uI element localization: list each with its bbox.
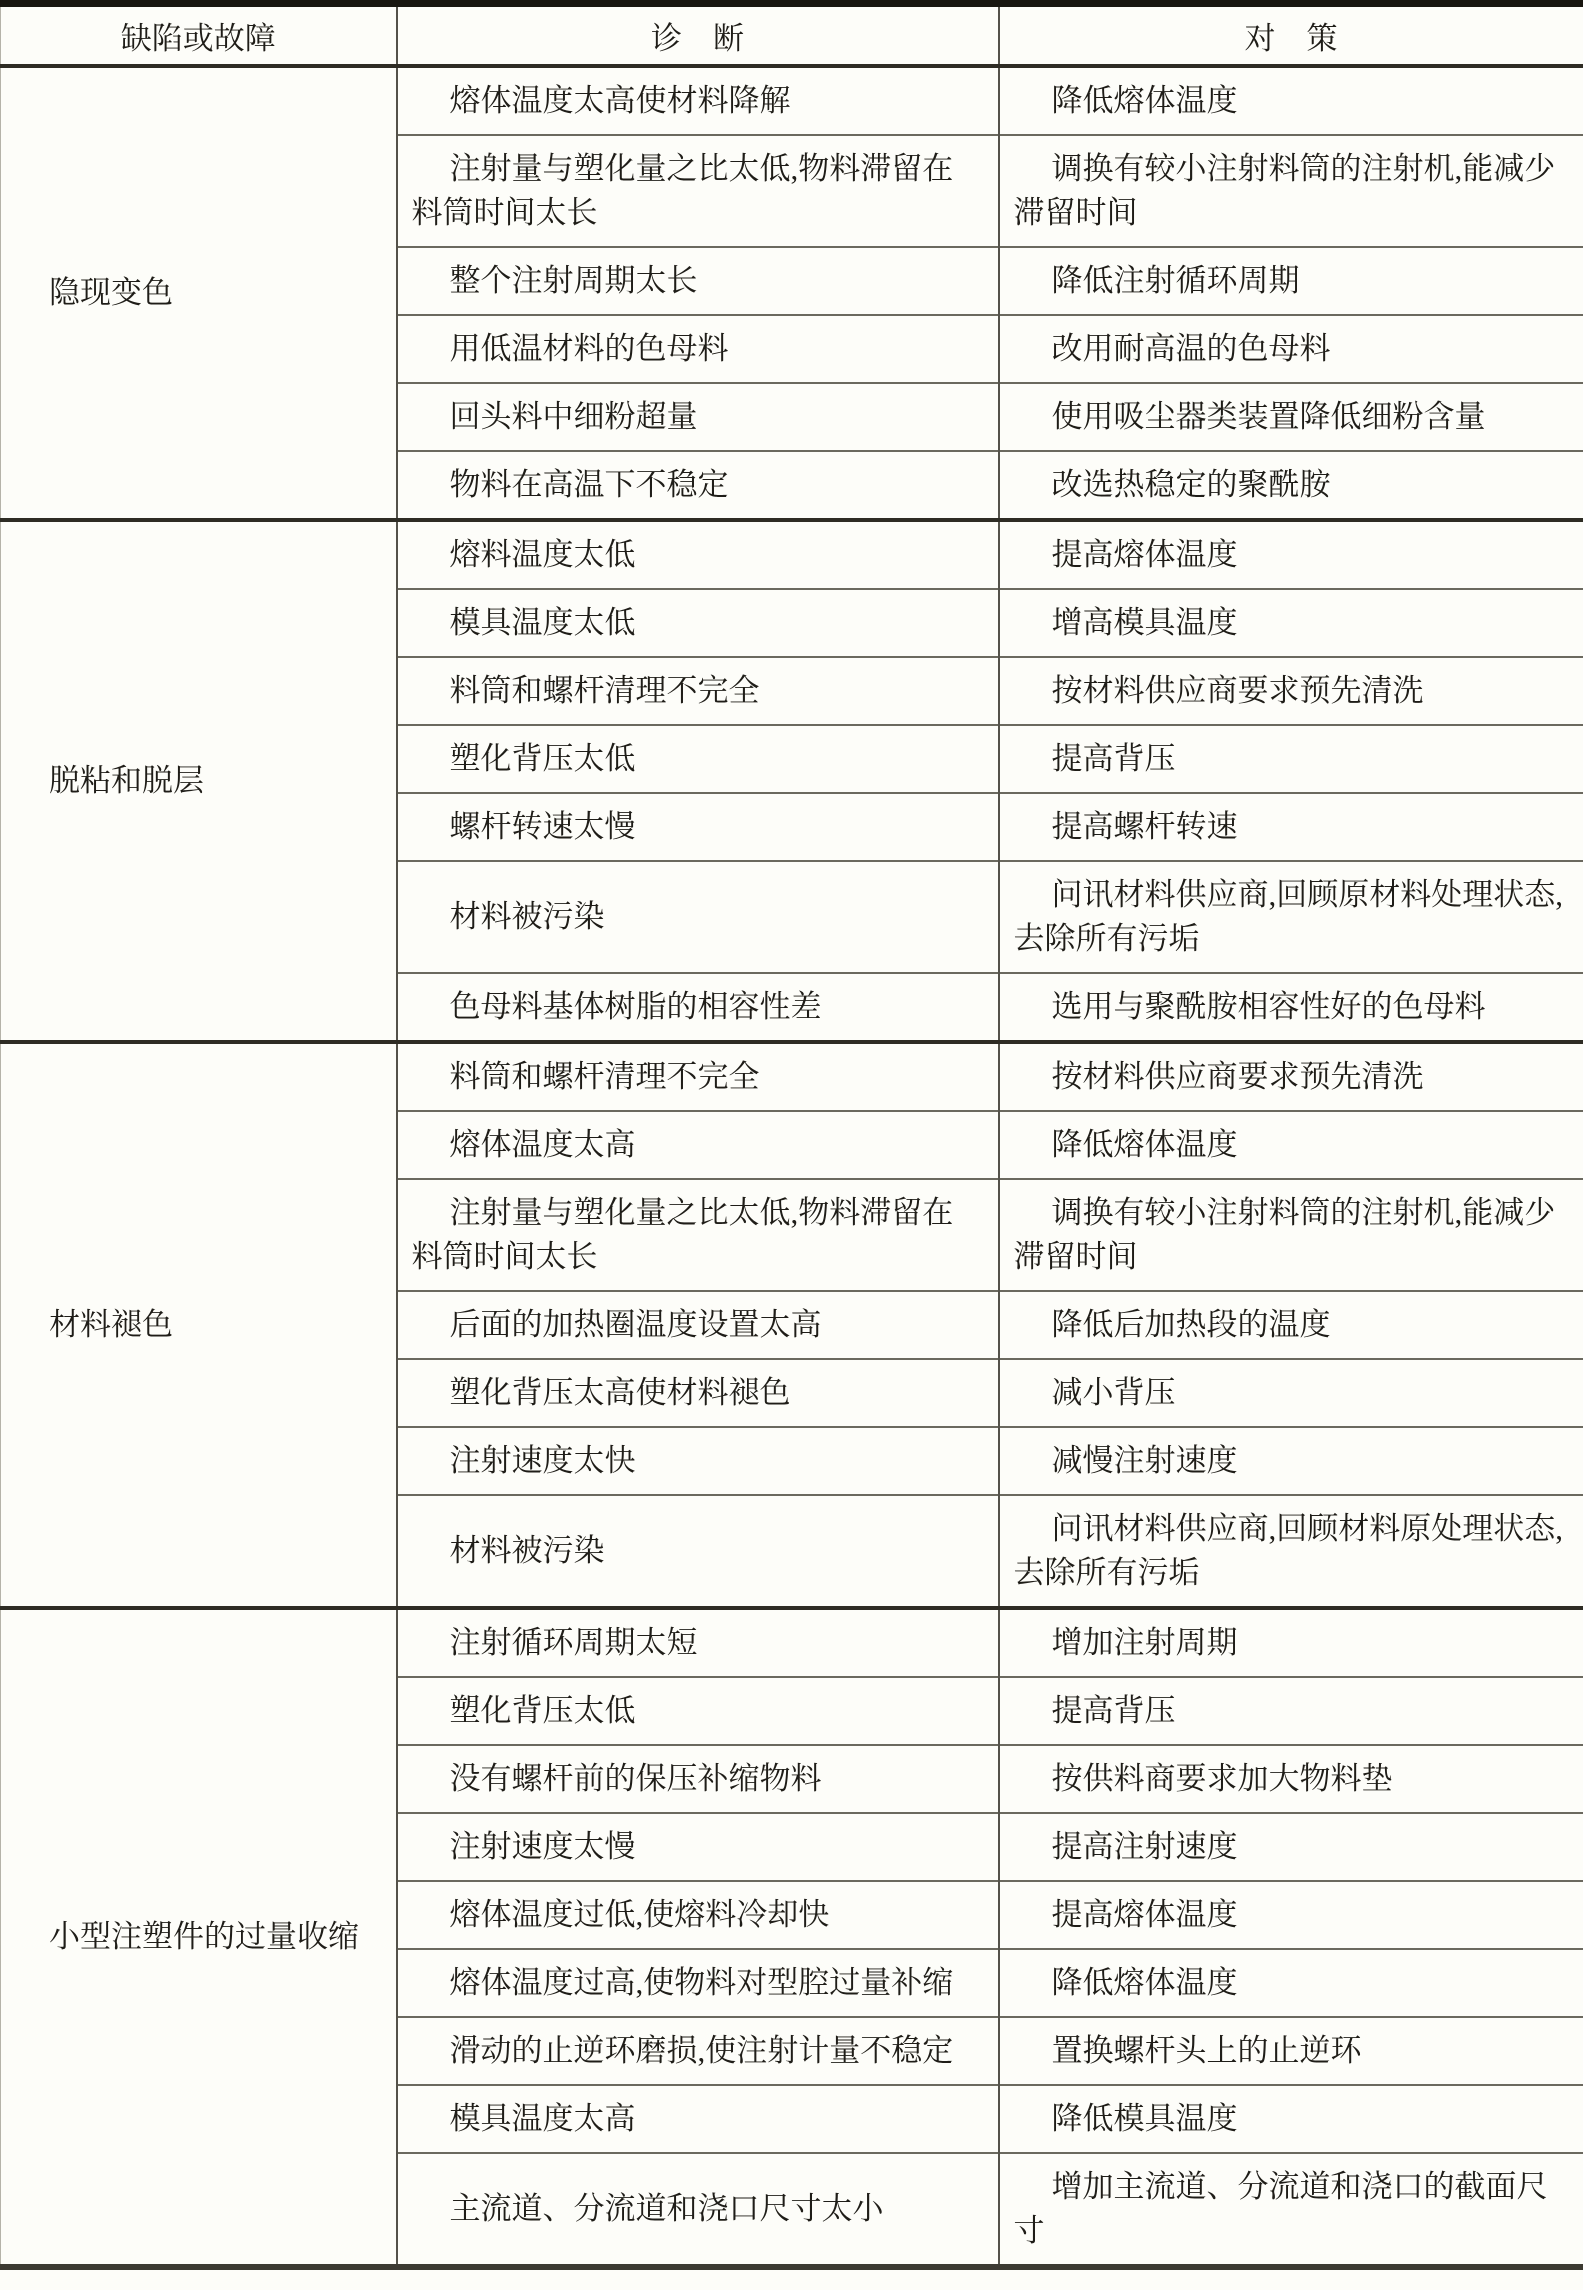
diagnosis-text: 塑化背压太低: [412, 737, 984, 781]
diagnosis-text: 后面的加热圈温度设置太高: [412, 1303, 984, 1347]
diagnosis-cell: 料筒和螺杆清理不完全: [397, 1042, 999, 1111]
diagnosis-cell: 熔体温度太高使材料降解: [397, 66, 999, 135]
diagnosis-text: 模具温度太高: [412, 2097, 984, 2141]
column-header-defect: 缺陷或故障: [1, 4, 397, 67]
diagnosis-cell: 后面的加热圈温度设置太高: [397, 1291, 999, 1359]
diagnosis-cell: 注射速度太慢: [397, 1813, 999, 1881]
solution-cell: 置换螺杆头上的止逆环: [999, 2017, 1583, 2085]
diagnosis-cell: 滑动的止逆环磨损,使注射计量不稳定: [397, 2017, 999, 2085]
solution-cell: 降低注射循环周期: [999, 247, 1583, 315]
solution-cell: 问讯材料供应商,回顾材料原处理状态,去除所有污垢: [999, 1495, 1583, 1608]
solution-cell: 降低后加热段的温度: [999, 1291, 1583, 1359]
diagnosis-text: 材料被污染: [412, 1529, 984, 1573]
diagnosis-text: 用低温材料的色母料: [412, 327, 984, 371]
solution-text: 减小背压: [1014, 1371, 1569, 1415]
diagnosis-cell: 料筒和螺杆清理不完全: [397, 657, 999, 725]
diagnosis-text: 材料被污染: [412, 895, 984, 939]
diagnosis-cell: 用低温材料的色母料: [397, 315, 999, 383]
solution-cell: 改用耐高温的色母料: [999, 315, 1583, 383]
solution-text: 降低熔体温度: [1014, 79, 1569, 123]
solution-text: 选用与聚酰胺相容性好的色母料: [1014, 985, 1569, 1029]
diagnosis-cell: 注射循环周期太短: [397, 1608, 999, 1677]
diagnosis-cell: 模具温度太低: [397, 589, 999, 657]
solution-cell: 提高螺杆转速: [999, 793, 1583, 861]
diagnosis-cell: 材料被污染: [397, 861, 999, 973]
solution-cell: 提高注射速度: [999, 1813, 1583, 1881]
solution-cell: 调换有较小注射料筒的注射机,能减少滞留时间: [999, 135, 1583, 247]
solution-cell: 降低熔体温度: [999, 66, 1583, 135]
diagnosis-text: 螺杆转速太慢: [412, 805, 984, 849]
diagnosis-cell: 没有螺杆前的保压补缩物料: [397, 1745, 999, 1813]
solution-cell: 增加主流道、分流道和浇口的截面尺寸: [999, 2153, 1583, 2267]
solution-cell: 按材料供应商要求预先清洗: [999, 1042, 1583, 1111]
defect-group-cell: 脱粘和脱层: [1, 520, 397, 1042]
diagnosis-text: 滑动的止逆环磨损,使注射计量不稳定: [412, 2029, 984, 2073]
diagnosis-text: 注射循环周期太短: [412, 1621, 984, 1665]
diagnosis-text: 注射速度太快: [412, 1439, 984, 1483]
solution-text: 使用吸尘器类装置降低细粉含量: [1014, 395, 1569, 439]
solution-cell: 降低熔体温度: [999, 1949, 1583, 2017]
solution-text: 置换螺杆头上的止逆环: [1014, 2029, 1569, 2073]
diagnosis-cell: 注射量与塑化量之比太低,物料滞留在料筒时间太长: [397, 1179, 999, 1291]
defect-group-label: 小型注塑件的过量收缩: [49, 1915, 396, 1959]
diagnosis-text: 熔料温度太低: [412, 533, 984, 577]
solution-text: 提高背压: [1014, 737, 1569, 781]
solution-text: 提高背压: [1014, 1689, 1569, 1733]
solution-text: 增高模具温度: [1014, 601, 1569, 645]
diagnosis-cell: 主流道、分流道和浇口尺寸太小: [397, 2153, 999, 2267]
solution-cell: 按材料供应商要求预先清洗: [999, 657, 1583, 725]
diagnosis-cell: 注射量与塑化量之比太低,物料滞留在料筒时间太长: [397, 135, 999, 247]
solution-text: 减慢注射速度: [1014, 1439, 1569, 1483]
diagnosis-cell: 熔料温度太低: [397, 520, 999, 589]
solution-cell: 减慢注射速度: [999, 1427, 1583, 1495]
diagnosis-text: 注射速度太慢: [412, 1825, 984, 1869]
table-body: 隐现变色熔体温度太高使材料降解降低熔体温度注射量与塑化量之比太低,物料滞留在料筒…: [1, 66, 1583, 2267]
column-header-diagnosis: 诊 断: [397, 4, 999, 67]
diagnosis-cell: 熔体温度太高: [397, 1111, 999, 1179]
solution-text: 提高熔体温度: [1014, 1893, 1569, 1937]
diagnosis-cell: 塑化背压太高使材料褪色: [397, 1359, 999, 1427]
diagnosis-text: 熔体温度过高,使物料对型腔过量补缩: [412, 1961, 984, 2005]
solution-text: 降低熔体温度: [1014, 1123, 1569, 1167]
solution-text: 提高熔体温度: [1014, 533, 1569, 577]
solution-text: 改用耐高温的色母料: [1014, 327, 1569, 371]
solution-cell: 降低熔体温度: [999, 1111, 1583, 1179]
solution-cell: 增加注射周期: [999, 1608, 1583, 1677]
table-row: 脱粘和脱层熔料温度太低提高熔体温度: [1, 520, 1583, 589]
solution-text: 调换有较小注射料筒的注射机,能减少滞留时间: [1014, 1191, 1569, 1279]
diagnosis-cell: 模具温度太高: [397, 2085, 999, 2153]
solution-text: 按供料商要求加大物料垫: [1014, 1757, 1569, 1801]
diagnosis-text: 熔体温度过低,使熔料冷却快: [412, 1893, 984, 1937]
diagnosis-text: 没有螺杆前的保压补缩物料: [412, 1757, 984, 1801]
solution-text: 降低后加热段的温度: [1014, 1303, 1569, 1347]
diagnosis-cell: 塑化背压太低: [397, 1677, 999, 1745]
diagnosis-text: 注射量与塑化量之比太低,物料滞留在料筒时间太长: [412, 1191, 984, 1279]
solution-text: 降低模具温度: [1014, 2097, 1569, 2141]
solution-text: 问讯材料供应商,回顾原材料处理状态,去除所有污垢: [1014, 873, 1569, 961]
diagnosis-cell: 物料在高温下不稳定: [397, 451, 999, 520]
solution-text: 按材料供应商要求预先清洗: [1014, 669, 1569, 713]
solution-cell: 改选热稳定的聚酰胺: [999, 451, 1583, 520]
diagnosis-text: 熔体温度太高使材料降解: [412, 79, 984, 123]
diagnosis-text: 注射量与塑化量之比太低,物料滞留在料筒时间太长: [412, 147, 984, 235]
diagnosis-cell: 整个注射周期太长: [397, 247, 999, 315]
solution-cell: 选用与聚酰胺相容性好的色母料: [999, 973, 1583, 1042]
diagnosis-text: 料筒和螺杆清理不完全: [412, 1055, 984, 1099]
solution-text: 问讯材料供应商,回顾材料原处理状态,去除所有污垢: [1014, 1507, 1569, 1595]
diagnosis-text: 模具温度太低: [412, 601, 984, 645]
defect-diagnosis-table: 缺陷或故障 诊 断 对 策 隐现变色熔体温度太高使材料降解降低熔体温度注射量与塑…: [0, 0, 1583, 2270]
solution-text: 提高螺杆转速: [1014, 805, 1569, 849]
solution-text: 按材料供应商要求预先清洗: [1014, 1055, 1569, 1099]
solution-text: 增加主流道、分流道和浇口的截面尺寸: [1014, 2165, 1569, 2253]
solution-cell: 提高背压: [999, 725, 1583, 793]
diagnosis-text: 色母料基体树脂的相容性差: [412, 985, 984, 1029]
diagnosis-text: 回头料中细粉超量: [412, 395, 984, 439]
diagnosis-cell: 熔体温度过高,使物料对型腔过量补缩: [397, 1949, 999, 2017]
diagnosis-cell: 材料被污染: [397, 1495, 999, 1608]
diagnosis-cell: 注射速度太快: [397, 1427, 999, 1495]
solution-cell: 提高背压: [999, 1677, 1583, 1745]
defect-group-label: 材料褪色: [49, 1303, 396, 1347]
defect-group-cell: 小型注塑件的过量收缩: [1, 1608, 397, 2267]
defect-group-label: 脱粘和脱层: [49, 759, 396, 803]
column-header-solution: 对 策: [999, 4, 1583, 67]
solution-cell: 降低模具温度: [999, 2085, 1583, 2153]
diagnosis-text: 料筒和螺杆清理不完全: [412, 669, 984, 713]
solution-cell: 调换有较小注射料筒的注射机,能减少滞留时间: [999, 1179, 1583, 1291]
solution-cell: 问讯材料供应商,回顾原材料处理状态,去除所有污垢: [999, 861, 1583, 973]
defect-group-label: 隐现变色: [49, 271, 396, 315]
solution-text: 增加注射周期: [1014, 1621, 1569, 1665]
diagnosis-cell: 螺杆转速太慢: [397, 793, 999, 861]
diagnosis-cell: 熔体温度过低,使熔料冷却快: [397, 1881, 999, 1949]
solution-text: 降低熔体温度: [1014, 1961, 1569, 2005]
solution-text: 提高注射速度: [1014, 1825, 1569, 1869]
defect-group-cell: 材料褪色: [1, 1042, 397, 1608]
solution-cell: 提高熔体温度: [999, 1881, 1583, 1949]
diagnosis-cell: 色母料基体树脂的相容性差: [397, 973, 999, 1042]
diagnosis-text: 整个注射周期太长: [412, 259, 984, 303]
diagnosis-cell: 塑化背压太低: [397, 725, 999, 793]
scanned-document-page: 缺陷或故障 诊 断 对 策 隐现变色熔体温度太高使材料降解降低熔体温度注射量与塑…: [0, 0, 1583, 2270]
diagnosis-text: 熔体温度太高: [412, 1123, 984, 1167]
diagnosis-text: 塑化背压太低: [412, 1689, 984, 1733]
table-row: 小型注塑件的过量收缩注射循环周期太短增加注射周期: [1, 1608, 1583, 1677]
solution-text: 降低注射循环周期: [1014, 259, 1569, 303]
solution-cell: 按供料商要求加大物料垫: [999, 1745, 1583, 1813]
solution-text: 改选热稳定的聚酰胺: [1014, 463, 1569, 507]
table-header-row: 缺陷或故障 诊 断 对 策: [1, 4, 1583, 67]
table-row: 材料褪色料筒和螺杆清理不完全按材料供应商要求预先清洗: [1, 1042, 1583, 1111]
solution-text: 调换有较小注射料筒的注射机,能减少滞留时间: [1014, 147, 1569, 235]
diagnosis-text: 物料在高温下不稳定: [412, 463, 984, 507]
solution-cell: 减小背压: [999, 1359, 1583, 1427]
diagnosis-text: 主流道、分流道和浇口尺寸太小: [412, 2187, 984, 2231]
diagnosis-text: 塑化背压太高使材料褪色: [412, 1371, 984, 1415]
solution-cell: 增高模具温度: [999, 589, 1583, 657]
defect-group-cell: 隐现变色: [1, 66, 397, 520]
table-row: 隐现变色熔体温度太高使材料降解降低熔体温度: [1, 66, 1583, 135]
diagnosis-cell: 回头料中细粉超量: [397, 383, 999, 451]
solution-cell: 使用吸尘器类装置降低细粉含量: [999, 383, 1583, 451]
solution-cell: 提高熔体温度: [999, 520, 1583, 589]
